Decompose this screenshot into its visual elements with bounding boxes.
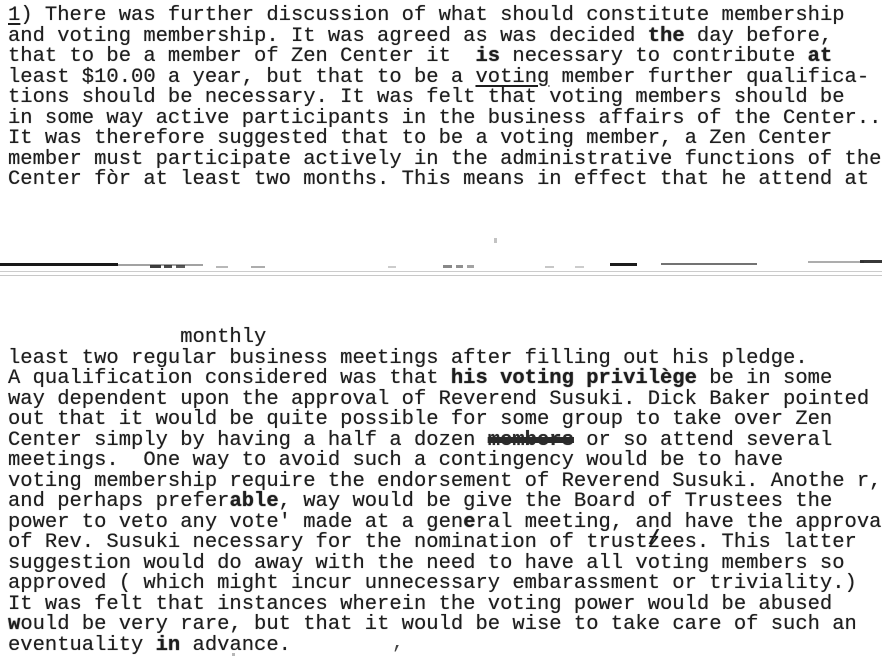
stray-comma: , xyxy=(392,634,404,654)
document-line: least $10.00 a year, but that to be a vo… xyxy=(8,68,881,89)
fold-mark xyxy=(808,261,864,263)
document-line: suggestion would do away with the need t… xyxy=(8,554,882,575)
paragraph-1: 1) There was further discussion of what … xyxy=(8,6,881,191)
document-line: Center fòr at least two months. This mea… xyxy=(8,170,881,191)
stray-dot xyxy=(494,238,497,243)
stray-dot xyxy=(232,653,235,656)
text-segment-b: in xyxy=(156,634,181,657)
document-line: Center simply by having a half a dozen m… xyxy=(8,431,882,452)
document-line: A qualification considered was that his … xyxy=(8,369,882,390)
document-line: voting membership require the endorsemen… xyxy=(8,472,882,493)
scanned-document-page: 1) There was further discussion of what … xyxy=(0,0,882,659)
document-line: monthly xyxy=(8,328,882,349)
document-line: power to veto any vote' made at a genera… xyxy=(8,513,882,534)
document-line: in some way active participants in the b… xyxy=(8,109,881,130)
document-line: tions should be necessary. It was felt t… xyxy=(8,88,881,109)
fold-rule-lower xyxy=(0,275,882,276)
fold-mark xyxy=(0,263,118,266)
document-line: least two regular business meetings afte… xyxy=(8,349,882,370)
fold-mark xyxy=(860,260,882,263)
fold-mark xyxy=(610,263,637,266)
text-segment: Center fòr at least two months. This mea… xyxy=(8,168,869,191)
fold-mark xyxy=(575,266,584,268)
paragraph-2: monthlyleast two regular business meetin… xyxy=(8,328,882,656)
fold-rule-upper xyxy=(0,271,882,272)
document-line: It was therefore suggested that to be a … xyxy=(8,129,881,150)
fold-mark xyxy=(545,266,554,268)
document-line: meetings. One way to avoid such a contin… xyxy=(8,451,882,472)
document-line: 1) There was further discussion of what … xyxy=(8,6,881,27)
fold-mark xyxy=(251,266,265,268)
fold-mark xyxy=(216,266,228,268)
document-line: of Rev. Susuki necessary for the nominat… xyxy=(8,533,882,554)
document-line: out that it would be quite possible for … xyxy=(8,410,882,431)
fold-mark xyxy=(443,265,452,268)
text-segment-zslash: z xyxy=(648,533,660,554)
document-line: It was felt that instances wherein the v… xyxy=(8,595,882,616)
fold-mark xyxy=(661,263,757,265)
document-line: eventuality in advance. xyxy=(8,636,882,657)
document-line: would be very rare, but that it would be… xyxy=(8,615,882,636)
fold-mark xyxy=(164,265,172,268)
text-segment: advance. xyxy=(180,634,291,657)
fold-mark xyxy=(456,265,463,268)
text-segment: eventuality xyxy=(8,634,156,657)
document-line: member must participate actively in the … xyxy=(8,150,881,171)
fold-mark xyxy=(150,265,161,268)
document-line: way dependent upon the approval of Rever… xyxy=(8,390,882,411)
document-line: and voting membership. It was agreed as … xyxy=(8,27,881,48)
document-line: approved ( which might incur unnecessary… xyxy=(8,574,882,595)
fold-mark xyxy=(176,265,185,268)
document-line: and perhaps preferable, way would be giv… xyxy=(8,492,882,513)
fold-mark xyxy=(467,265,474,268)
document-line: that to be a member of Zen Center it is … xyxy=(8,47,881,68)
fold-mark xyxy=(388,266,396,268)
